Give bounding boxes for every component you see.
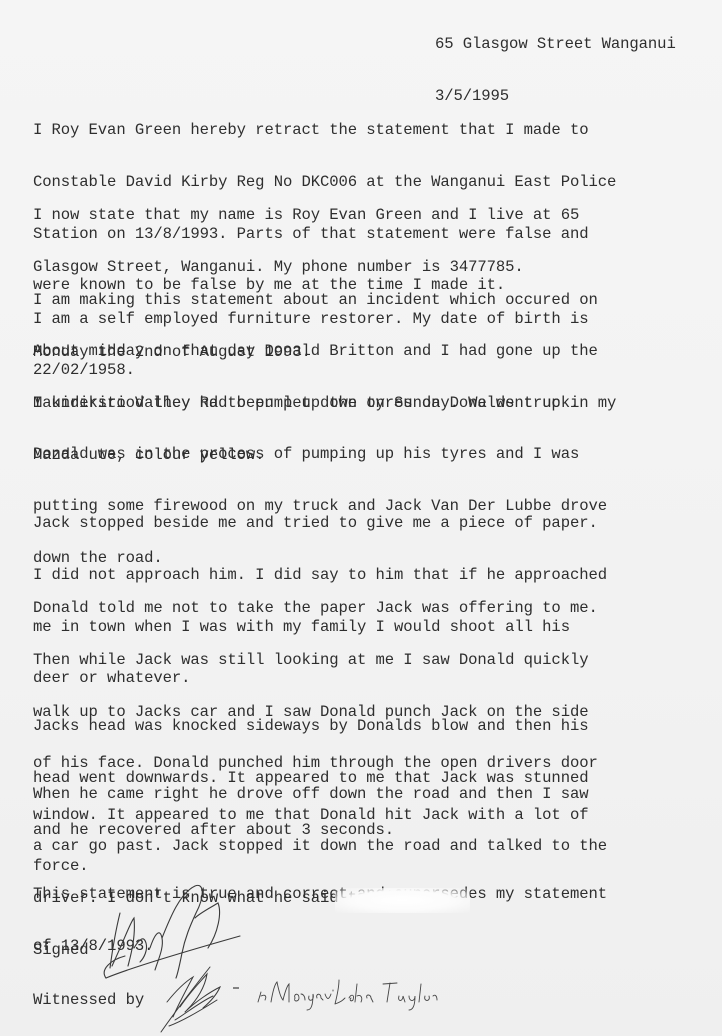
text-line: Jack stopped beside me and tried to give… [33,515,607,532]
signed-label: Signed [33,942,89,959]
text-line: I Roy Evan Green hereby retract the stat… [33,122,616,139]
witnessed-by-label: Witnessed by [33,992,144,1009]
text-line: When he came right he drove off down the… [33,786,607,803]
witness-initials-mark [155,962,235,1036]
text-line: Donald told me not to take the paper Jac… [33,600,598,617]
text-line: I am making this statement about an inci… [33,292,598,309]
text-line: I now state that my name is Roy Evan Gre… [33,207,588,224]
text-line: Donald was in the process of pumping up … [33,446,607,463]
sender-address: 65 Glasgow Street Wanganui [435,36,676,53]
text-line: I understood they had been let down on S… [33,395,616,412]
text-line: Jacks head was knocked sideways by Donal… [33,718,588,735]
correction-fluid-mark [335,888,470,913]
text-line: Then while Jack was still looking at me … [33,652,598,669]
text-line: About midday on that day Donald Britton … [33,343,598,360]
statement-page: 65 Glasgow Street Wanganui 3/5/1995 I Ro… [0,0,722,1036]
dash-mark [232,985,240,991]
witness-name-handwriting [255,972,440,1012]
